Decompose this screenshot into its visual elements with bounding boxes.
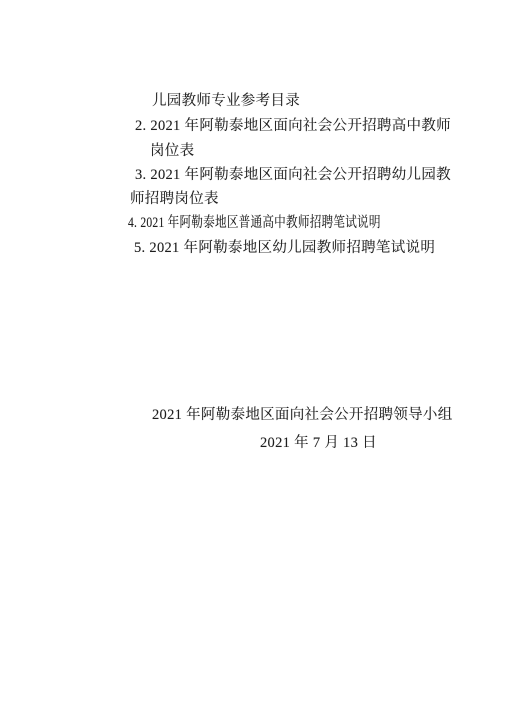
attachment-item-3-continuation: 师招聘岗位表 xyxy=(130,189,219,209)
attachment-item-2: 2. 2021 年阿勒泰地区面向社会公开招聘高中教师 xyxy=(135,116,451,136)
attachment-item-4: 4. 2021 年阿勒泰地区普通高中教师招聘笔试说明 xyxy=(128,213,381,233)
attachment-item-2-continuation: 岗位表 xyxy=(150,141,194,161)
signature-issuer-line: 2021 年阿勒泰地区面向社会公开招聘领导小组 xyxy=(152,405,453,425)
signature-date-line: 2021 年 7 月 13 日 xyxy=(260,433,377,453)
attachment-item-3: 3. 2021 年阿勒泰地区面向社会公开招聘幼儿园教 xyxy=(135,165,451,185)
attachment-item-5: 5. 2021 年阿勒泰地区幼儿园教师招聘笔试说明 xyxy=(134,238,435,258)
attachment-item-1-continuation: 儿园教师专业参考目录 xyxy=(152,91,300,111)
scanned-document-page: 儿园教师专业参考目录 2. 2021 年阿勒泰地区面向社会公开招聘高中教师 岗位… xyxy=(0,0,512,724)
